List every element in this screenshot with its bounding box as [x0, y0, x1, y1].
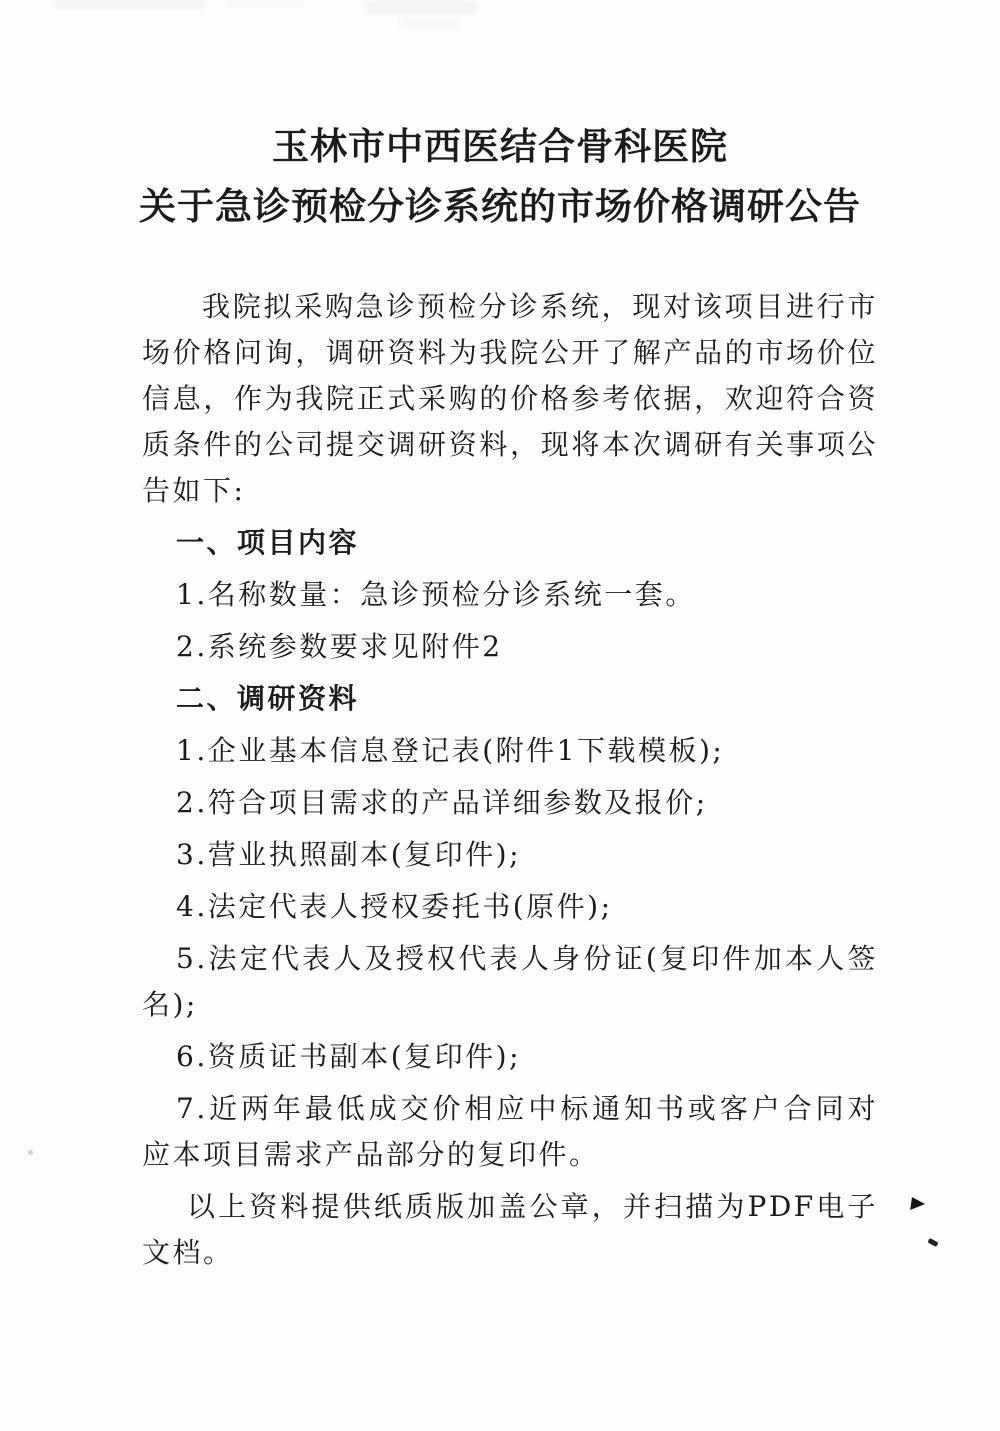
section2-item-7: 7.近两年最低成交价相应中标通知书或客户合同对应本项目需求产品部分的复印件。: [142, 1086, 878, 1178]
ink-dot: [28, 1150, 33, 1155]
document-title-line1: 玉林市中西医结合骨科医院: [122, 116, 878, 176]
section2-item-3: 3.营业执照副本(复印件);: [142, 832, 878, 878]
ink-speck-arrow: [910, 1197, 926, 1212]
intro-paragraph: 我院拟采购急诊预检分诊系统，现对该项目进行市场价格问询，调研资料为我院公开了解产…: [142, 284, 878, 514]
section2-item-6: 6.资质证书副本(复印件);: [142, 1034, 878, 1080]
section2-item-1: 1.企业基本信息登记表(附件1下载模板);: [142, 728, 878, 774]
scanned-document-page: 玉林市中西医结合骨科医院 关于急诊预检分诊系统的市场价格调研公告 我院拟采购急诊…: [0, 0, 1000, 1431]
section1-item-1: 1.名称数量：急诊预检分诊系统一套。: [142, 572, 878, 618]
section2-item-5: 5.法定代表人及授权代表人身份证(复印件加本人签名);: [142, 936, 878, 1028]
closing-paragraph: 以上资料提供纸质版加盖公章，并扫描为PDF电子文档。: [142, 1184, 878, 1276]
section2-heading: 二、调研资料: [142, 676, 878, 722]
section1-heading: 一、项目内容: [142, 520, 878, 566]
scan-smudge: [55, 0, 205, 9]
scan-smudge: [365, 0, 477, 14]
scan-smudge: [400, 18, 460, 28]
section2-item-2: 2.符合项目需求的产品详细参数及报价;: [142, 780, 878, 826]
document-title-line2: 关于急诊预检分诊系统的市场价格调研公告: [122, 176, 878, 236]
section1-item-2: 2.系统参数要求见附件2: [142, 624, 878, 670]
document-title: 玉林市中西医结合骨科医院 关于急诊预检分诊系统的市场价格调研公告: [122, 116, 878, 236]
section2-item-4: 4.法定代表人授权委托书(原件);: [142, 884, 878, 930]
scan-smudge: [225, 0, 303, 6]
ink-speck: [927, 1238, 938, 1247]
